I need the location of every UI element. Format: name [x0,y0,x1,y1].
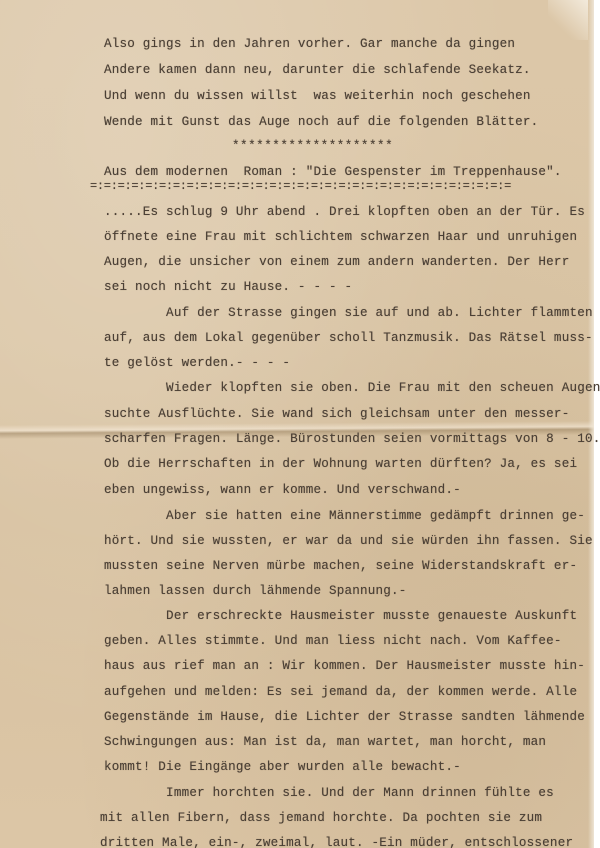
body-line: Immer horchten sie. Und der Mann drinnen… [104,785,554,801]
paper-corner-wear [548,0,588,40]
intro-line: Also gings in den Jahren vorher. Gar man… [104,36,515,52]
intro-line: Und wenn du wissen willst was weiterhin … [104,88,531,104]
body-line: Ob die Herrschaften in der Wohnung warte… [104,456,577,472]
body-line: Schwingungen aus: Man ist da, man wartet… [104,734,546,750]
separator-stars: ******************** [232,138,393,154]
body-line: öffnete eine Frau mit schlichtem schwarz… [104,229,577,245]
heading-underline-rule: =:=:=:=:=:=:=:=:=:=:=:=:=:=:=:=:=:=:=:=:… [90,178,511,194]
body-line: kommt! Die Eingänge aber wurden alle bew… [104,759,461,775]
body-line: Auf der Strasse gingen sie auf und ab. L… [104,305,593,321]
body-line: Augen, die unsicher von einem zum andern… [104,254,569,270]
body-line: dritten Male, ein-, zweimal, laut. -Ein … [100,835,573,848]
body-line: sei noch nicht zu Hause. - - - - [104,279,352,295]
body-line: haus aus rief man an : Wir kommen. Der H… [104,658,585,674]
body-line: Wieder klopften sie oben. Die Frau mit d… [104,380,600,396]
body-line: Gegenstände im Hause, die Lichter der St… [104,709,585,725]
body-line: mussten seine Nerven mürbe machen, seine… [104,558,577,574]
body-line: te gelöst werden.- - - - [104,355,290,371]
body-line: .....Es schlug 9 Uhr abend . Drei klopft… [104,204,585,220]
intro-line: Wende mit Gunst das Auge noch auf die fo… [104,114,538,130]
body-line: geben. Alles stimmte. Und man liess nich… [104,633,562,649]
body-line: lahmen lassen durch lähmende Spannung.- [104,583,407,599]
body-line: scharfen Fragen. Länge. Bürostunden seie… [104,431,600,447]
body-line: eben ungewiss, wann er komme. Und versch… [104,482,461,498]
body-line: aufgehen und melden: Es sei jemand da, d… [104,684,577,700]
body-line: auf, aus dem Lokal gegenüber scholl Tanz… [104,330,593,346]
body-line: Der erschreckte Hausmeister musste genau… [104,608,577,624]
body-line: mit allen Fibern, dass jemand horchte. D… [100,810,542,826]
body-line: suchte Ausflüchte. Sie wand sich gleichs… [104,406,569,422]
body-line: Aber sie hatten eine Männerstimme gedämp… [104,508,585,524]
body-line: hört. Und sie wussten, er war da und sie… [104,533,593,549]
intro-line: Andere kamen dann neu, darunter die schl… [104,62,531,78]
